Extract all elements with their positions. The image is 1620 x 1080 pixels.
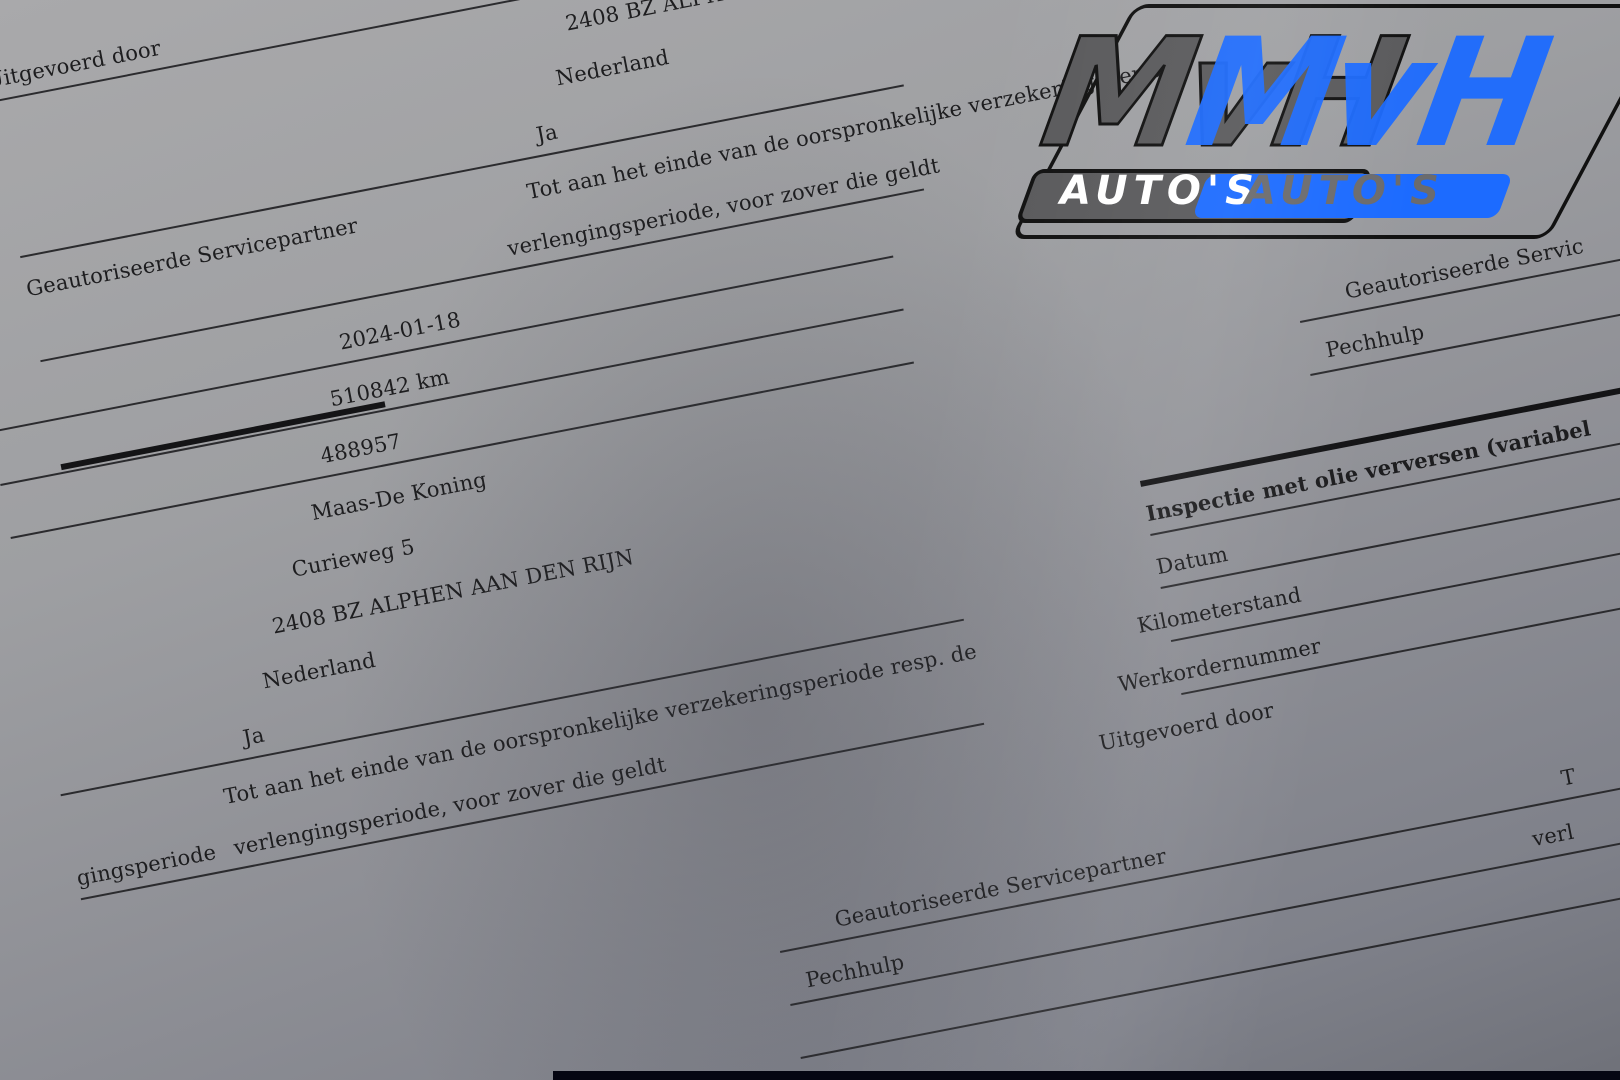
bottom-record: Geautoriseerde Servicepartner T Pechhulp… bbox=[770, 728, 1620, 1059]
bottom-edge bbox=[553, 1071, 1620, 1080]
performed-by-label: Uitgevoerd door bbox=[1097, 698, 1276, 755]
brand-logo: MvH MvH AUTO'S AUTO'S bbox=[955, 4, 1540, 239]
document-photo: Uitgevoerd door Curieweg 2408 BZ ALPHEN … bbox=[0, 0, 1620, 1080]
roadside-label: Pechhulp bbox=[1324, 320, 1426, 363]
logo-band-text: AUTO'S bbox=[1060, 168, 1260, 214]
answer-value: Ja bbox=[241, 723, 267, 751]
logo-letters-blue: MvH bbox=[1167, 32, 1561, 157]
date-label: Datum bbox=[1154, 542, 1229, 579]
left-partial-label: gingsperiode bbox=[75, 840, 218, 891]
right-partial-2: verl bbox=[1530, 820, 1576, 852]
logo-band-text-blue: AUTO'S bbox=[1245, 168, 1445, 214]
answer-value: Ja bbox=[534, 120, 560, 148]
work-order-value: 488957 bbox=[319, 429, 403, 468]
right-partial-1: T bbox=[1559, 764, 1578, 790]
inspection-section: Inspectie met olie verversen (variabel D… bbox=[1130, 316, 1620, 747]
